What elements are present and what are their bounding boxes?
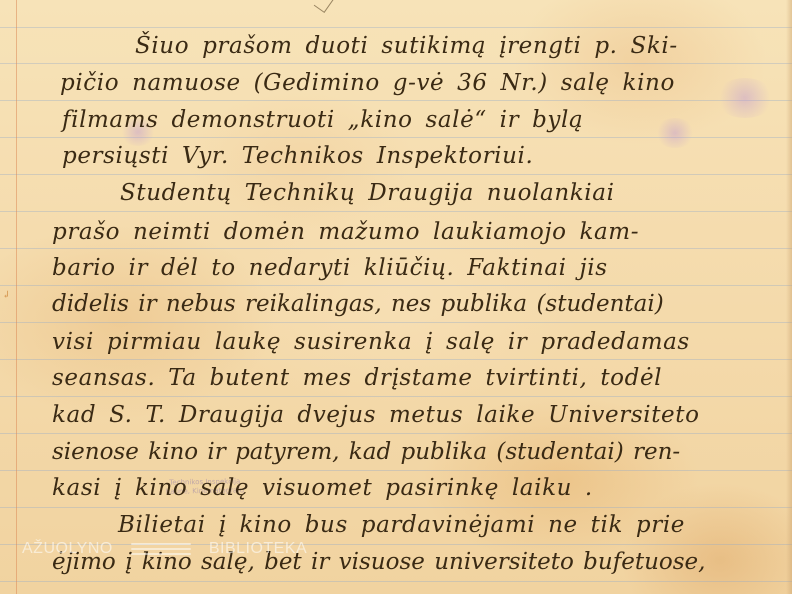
text-line-5: Studentų Technikų Draugija nuolankiai: [120, 180, 615, 206]
text-line-12: sienose kino ir patyrem, kad publika (st…: [52, 439, 680, 465]
text-line-3: filmams demonstruoti „kino salė“ ir bylą: [62, 107, 583, 133]
ruled-line: [0, 285, 792, 286]
text-line-1: Šiuo prašom duoti sutikimą įrengti p. Sk…: [135, 33, 678, 59]
ruled-line: [0, 248, 792, 249]
margin-line: [16, 0, 17, 594]
ruled-line: [0, 211, 792, 212]
text-line-14: Bilietai į kino bus pardavinėjami ne tik…: [118, 512, 685, 538]
ink-stain: [715, 78, 775, 118]
ruled-line: [0, 507, 792, 508]
text-line-13: kasi į kino salę visuomet pasirinkę laik…: [52, 475, 593, 501]
text-line-7: bario ir dėl to nedaryti kliūčių. Faktin…: [52, 255, 608, 281]
text-line-8: didelis ir nebus reikalingas, nes publik…: [52, 291, 664, 317]
watermark-logo-icon: [131, 543, 191, 555]
ruled-line: [0, 27, 792, 28]
text-line-4: persiųsti Vyr. Technikos Inspektoriui.: [62, 143, 533, 169]
ruled-line: [0, 174, 792, 175]
check-mark-icon: [314, 0, 336, 13]
ruled-line: [0, 581, 792, 582]
text-line-6: prašo neimti domėn mažumo laukiamojo kam…: [52, 219, 639, 245]
manuscript-page: ↲ Technikos Inspekcija Kaune, Kinematogr…: [0, 0, 792, 594]
text-line-2: pičio namuose (Gedimino g-vė 36 Nr.) sal…: [60, 70, 675, 96]
ruled-line: [0, 396, 792, 397]
margin-mark: ↲: [2, 290, 10, 301]
ruled-line: [0, 63, 792, 64]
ruled-line: [0, 100, 792, 101]
text-line-9: visi pirmiau laukę susirenka į salę ir p…: [52, 329, 690, 355]
ruled-line: [0, 322, 792, 323]
ruled-line: [0, 359, 792, 360]
library-watermark: AŽUOLYNO BIBLIOTEKA: [22, 540, 307, 558]
ink-stain: [655, 118, 695, 148]
paper-edge-shadow: [786, 0, 792, 594]
watermark-right: BIBLIOTEKA: [209, 540, 307, 558]
text-line-10: seansas. Ta butent mes drįstame tvirtint…: [52, 365, 662, 391]
ruled-line: [0, 433, 792, 434]
ruled-line: [0, 470, 792, 471]
text-line-11: kad S. T. Draugija dvejus metus laike Un…: [52, 402, 700, 428]
watermark-left: AŽUOLYNO: [22, 540, 113, 558]
